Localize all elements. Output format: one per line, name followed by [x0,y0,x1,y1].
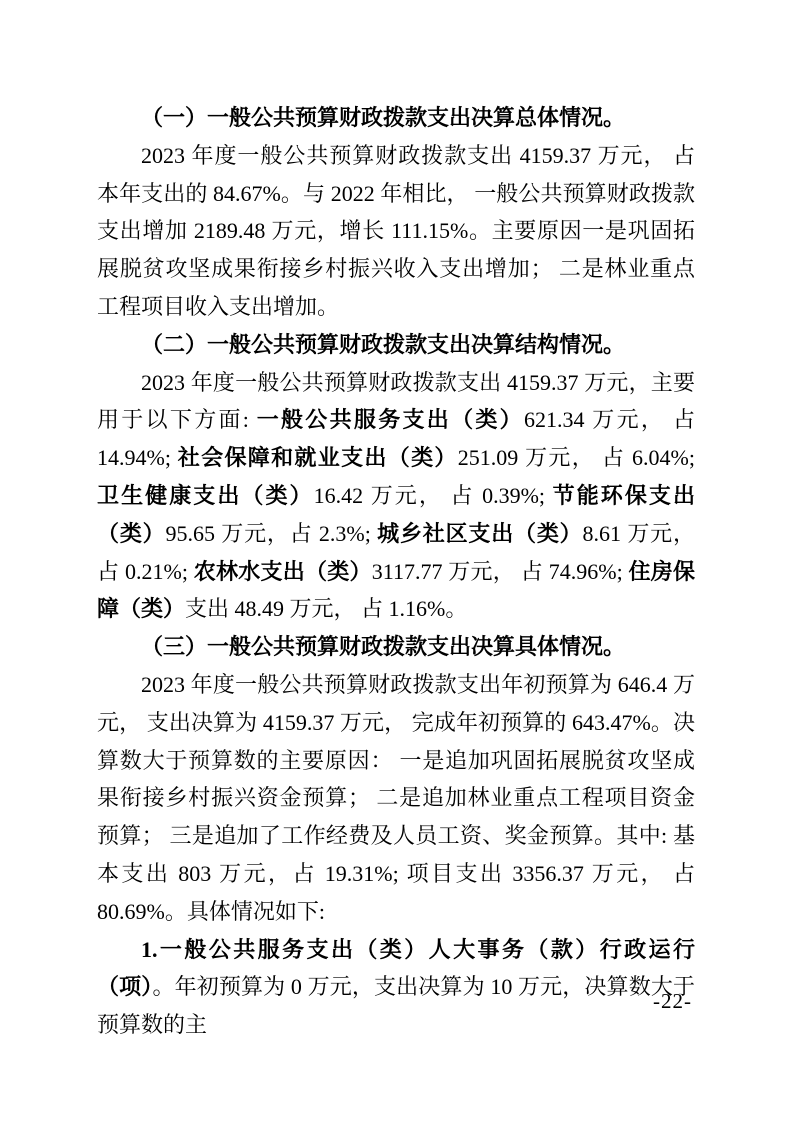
text-run: 251.09 万元， 占 6.04%; [458,445,695,470]
section-3-item-1: 1.一般公共服务支出（类）人大事务（款）行政运行（项）。年初预算为 0 万元，支… [97,931,695,1044]
text-run: 社会保障和就业支出（类） [178,445,458,470]
section-3-paragraph: 2023 年度一般公共预算财政拨款支出年初预算为 646.4 万元， 支出决算为… [97,666,695,931]
text-run: 。年初预算为 0 万元，支出决算为 10 万元，决算数大于预算数的主 [97,974,695,1037]
section-1-paragraph: 2023 年度一般公共预算财政拨款支出 4159.37 万元， 占本年支出的 8… [97,137,695,326]
section-1-heading: （一）一般公共预算财政拨款支出决算总体情况。 [97,99,695,137]
document-content: （一）一般公共预算财政拨款支出决算总体情况。 2023 年度一般公共预算财政拨款… [97,99,695,1044]
section-2-paragraph: 2023 年度一般公共预算财政拨款支出 4159.37 万元，主要用于以下方面:… [97,364,695,629]
text-run: 卫生健康支出（类） [97,483,314,508]
text-run: 16.42 万元， 占 0.39%; [314,483,553,508]
text-run: 支出 48.49 万元， 占 1.16%。 [185,596,467,621]
text-run: 95.65 万元，占 2.3%; [165,521,377,546]
section-3-heading: （三）一般公共预算财政拨款支出决算具体情况。 [97,628,695,666]
section-2-heading: （二）一般公共预算财政拨款支出决算结构情况。 [97,326,695,364]
text-run: 城乡社区支出（类） [377,521,582,546]
document-page: （一）一般公共预算财政拨款支出决算总体情况。 2023 年度一般公共预算财政拨款… [0,0,794,1122]
text-run: 一般公共服务支出（类） [257,407,524,432]
page-number: -22- [653,989,692,1014]
text-run: 农林水支出（类） [194,559,372,584]
text-run: 3117.77 万元， 占 74.96%; [372,559,629,584]
